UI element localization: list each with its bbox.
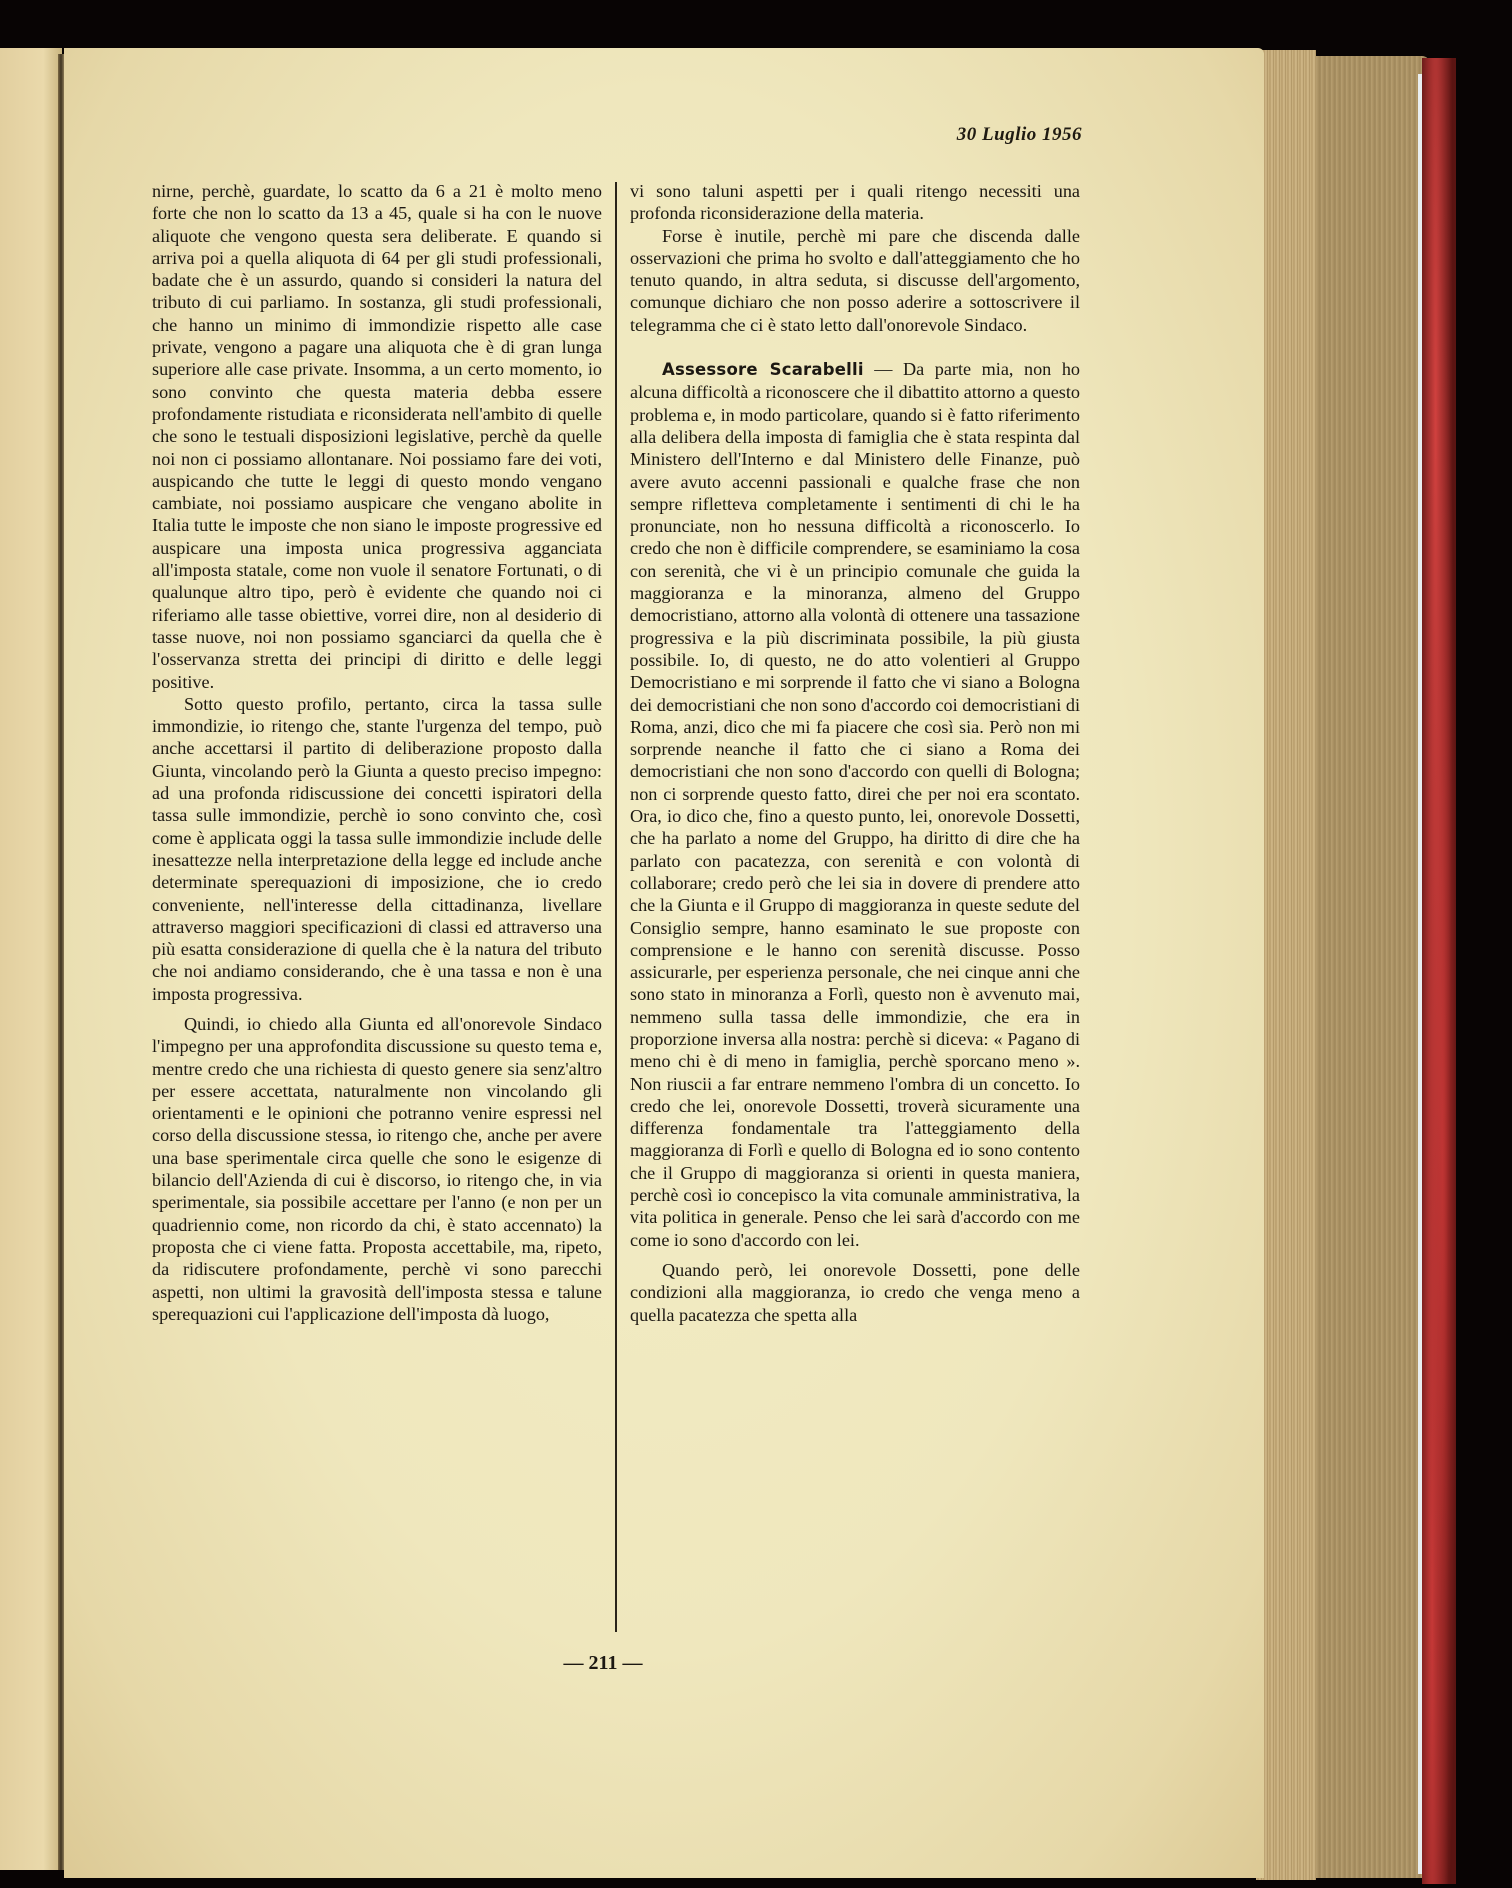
page-stack-edge (1256, 50, 1316, 1880)
speech-paragraph: Assessore Scarabelli — Da parte mia, non… (630, 358, 1080, 1251)
paragraph: Forse è inutile, perchè mi pare che disc… (630, 225, 1080, 336)
speaker-name: Assessore Scarabelli (662, 360, 864, 379)
column-divider (615, 182, 617, 1632)
paragraph: Quindi, io chiedo alla Giunta ed all'ono… (152, 1013, 602, 1325)
paragraph-gap (630, 336, 1080, 358)
paragraph: Sotto questo profilo, pertanto, circa la… (152, 693, 602, 1005)
paragraph: vi sono taluni aspetti per i quali riten… (630, 180, 1080, 225)
right-text-column: vi sono taluni aspetti per i quali riten… (630, 180, 1080, 1326)
speech-separator: — (864, 359, 903, 379)
paragraph: nirne, perchè, guardate, lo scatto da 6 … (152, 180, 602, 693)
left-text-column: nirne, perchè, guardate, lo scatto da 6 … (152, 180, 602, 1325)
paragraph: Quando però, lei onorevole Dossetti, pon… (630, 1259, 1080, 1326)
speech-text: Da parte mia, non ho alcuna difficoltà a… (630, 359, 1080, 1250)
previous-page-edge (0, 48, 62, 1870)
page-number: — 211 — (548, 1652, 658, 1675)
book-scan: 30 Luglio 1956 nirne, perchè, guardate, … (0, 0, 1512, 1888)
book-gutter (58, 54, 64, 1870)
running-head-date: 30 Luglio 1956 (957, 124, 1082, 146)
book-block-edge (1312, 56, 1430, 1878)
marbled-cover (1422, 58, 1456, 1884)
